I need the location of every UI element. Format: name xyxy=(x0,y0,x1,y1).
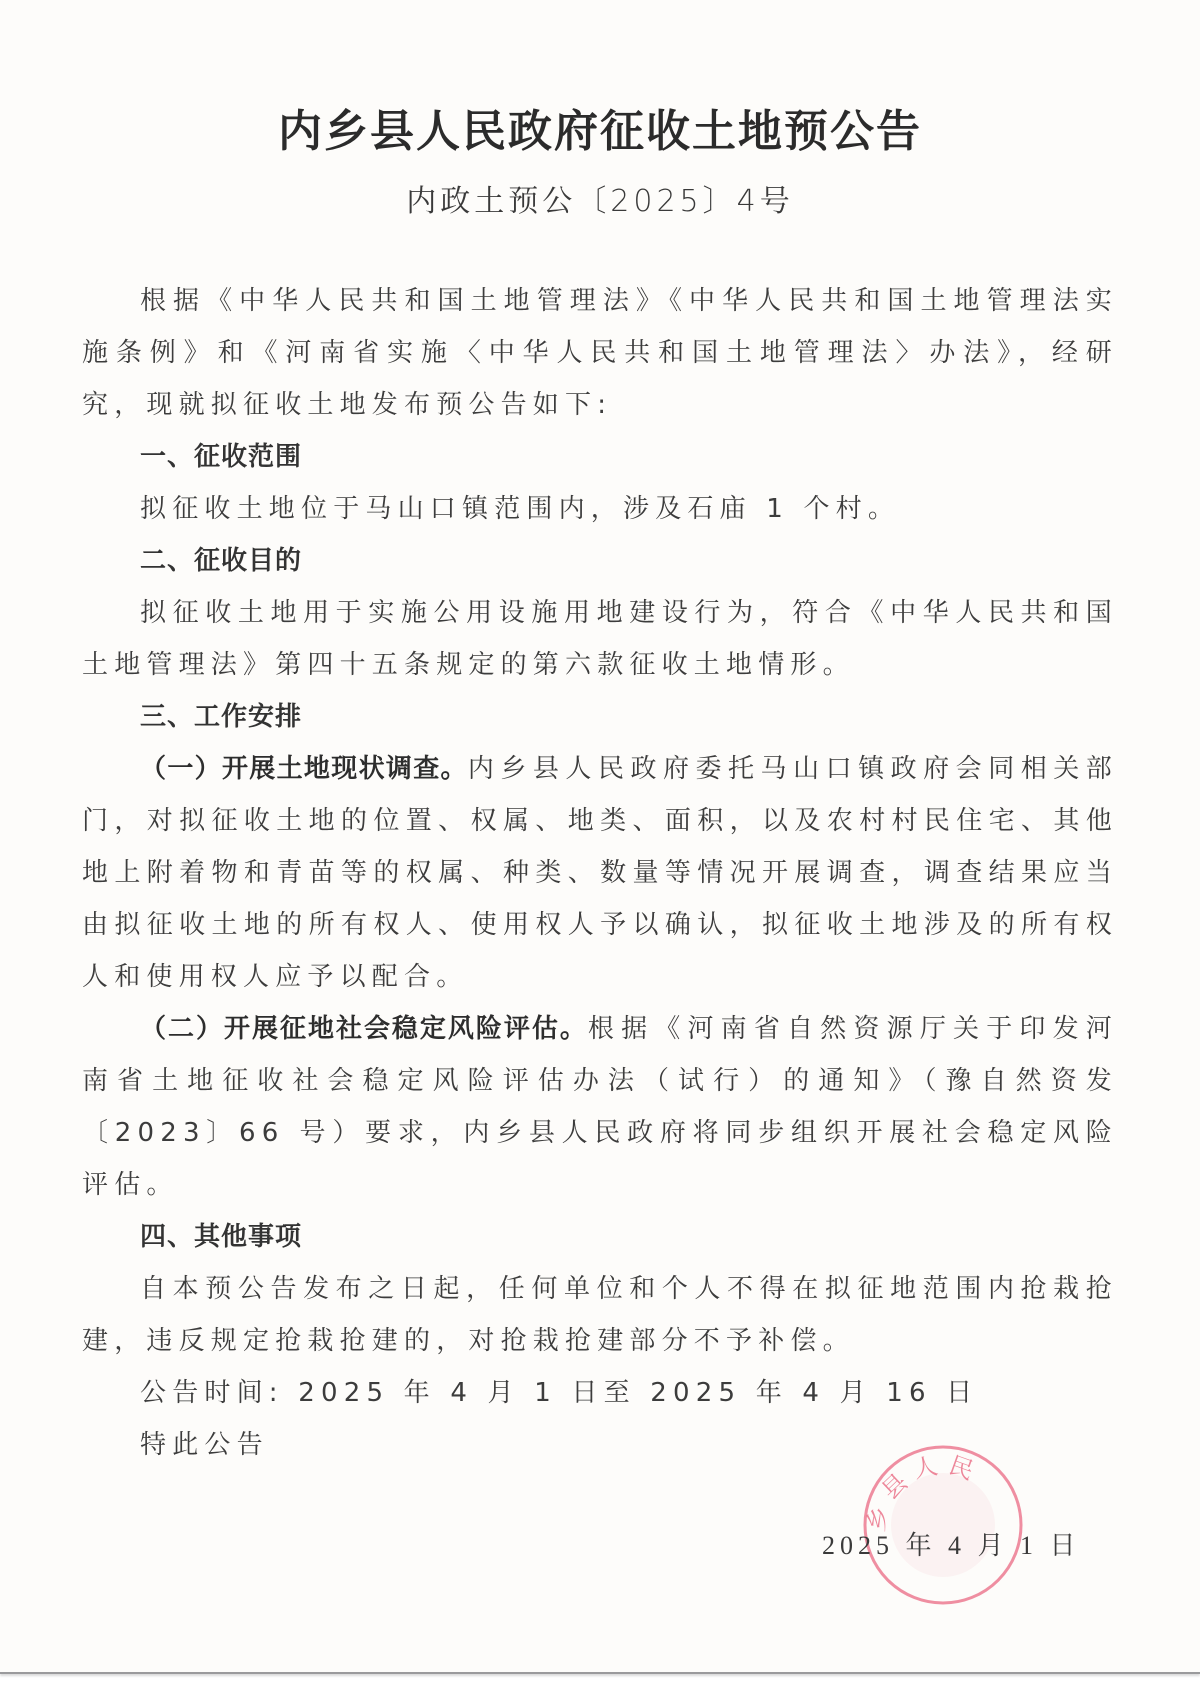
section-text-purpose: 拟征收土地用于实施公用设施用地建设行为，符合《中华人民共和国土地管理法》第四十五… xyxy=(82,587,1118,691)
arrangement-item-survey-text: 内乡县人民政府委托马山口镇政府会同相关部门，对拟征收土地的位置、权属、地类、面积… xyxy=(82,754,1118,992)
issue-date: 2025 年 4 月 1 日 xyxy=(822,1526,1081,1566)
intro-paragraph: 根据《中华人民共和国土地管理法》《中华人民共和国土地管理法实施条例》和《河南省实… xyxy=(82,275,1118,431)
section-text-scope: 拟征收土地位于马山口镇范围内，涉及石庙 1 个村。 xyxy=(82,483,1118,535)
section-heading-arrangements: 三、工作安排 xyxy=(82,691,1118,743)
arrangement-item-survey: （一）开展土地现状调查。内乡县人民政府委托马山口镇政府会同相关部门，对拟征收土地… xyxy=(82,743,1118,1003)
document-page: 内乡县人民政府征收土地预公告 内政土预公〔2025〕4号 根据《中华人民共和国土… xyxy=(0,0,1200,1674)
section-heading-purpose: 二、征收目的 xyxy=(82,535,1118,587)
section-heading-scope: 一、征收范围 xyxy=(82,431,1118,483)
notice-period: 公告时间: 2025 年 4 月 1 日至 2025 年 4 月 16 日 xyxy=(82,1367,1118,1419)
document-body: 根据《中华人民共和国土地管理法》《中华人民共和国土地管理法实施条例》和《河南省实… xyxy=(82,275,1118,1471)
closing-statement: 特此公告 xyxy=(82,1419,1118,1471)
document-title: 内乡县人民政府征收土地预公告 xyxy=(0,102,1200,162)
section-text-other: 自本预公告发布之日起，任何单位和个人不得在拟征地范围内抢栽抢建，违反规定抢栽抢建… xyxy=(82,1263,1118,1367)
arrangement-item-risk-lead: （二）开展征地社会稳定风险评估。 xyxy=(140,1014,588,1044)
document-number: 内政土预公〔2025〕4号 xyxy=(0,180,1200,224)
section-heading-other: 四、其他事项 xyxy=(82,1211,1118,1263)
arrangement-item-survey-lead: （一）开展土地现状调查。 xyxy=(140,754,468,784)
arrangement-item-risk: （二）开展征地社会稳定风险评估。根据《河南省自然资源厅关于印发河南省土地征收社会… xyxy=(82,1003,1118,1211)
